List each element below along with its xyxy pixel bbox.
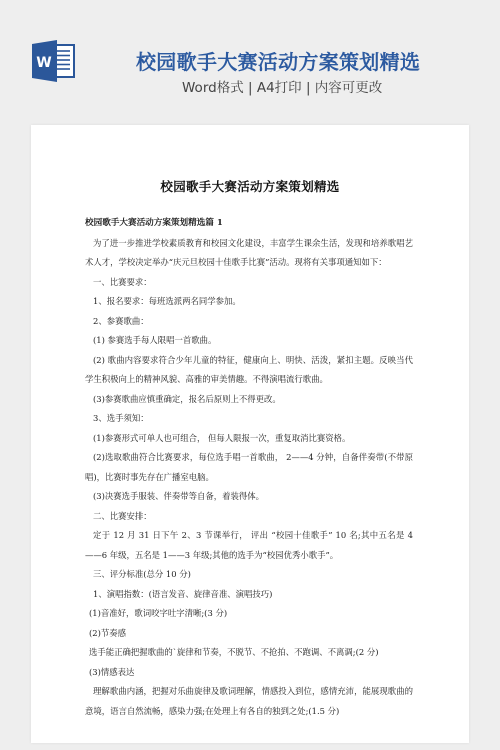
banner-subtitle: Word格式 | A4打印 | 内容可更改 xyxy=(182,76,382,96)
banner-title: 校园歌手大赛活动方案策划精选 xyxy=(136,46,420,75)
paragraph: 为了进一步推进学校素质教育和校园文化建设，丰富学生课余生活，发现和培养歌唱艺术人… xyxy=(85,234,413,273)
document-body: 校园歌手大赛活动方案策划精选篇 1 为了进一步推进学校素质教育和校园文化建设，丰… xyxy=(85,214,413,721)
paragraph: (1) 参赛选手每人限唱一首歌曲。 xyxy=(85,331,413,351)
paragraph: 理解歌曲内涵，把握对乐曲旋律及歌词理解，情感投入到位，感情充沛，能展现歌曲的意境… xyxy=(85,682,413,721)
paragraph: 三、评分标准(总分 10 分) xyxy=(85,565,413,585)
paragraph: 选手能正确把握歌曲的`旋律和节奏，不脱节、不抢拍、不跑调、不离调;(2 分) xyxy=(85,643,413,663)
svg-text:W: W xyxy=(36,55,51,71)
banner-header: W 校园歌手大赛活动方案策划精选 Word格式 | A4打印 | 内容可更改 xyxy=(0,0,500,120)
paragraph: 1、报名要求：每班选派两名同学参加。 xyxy=(85,292,413,312)
paragraph: (2)节奏感 xyxy=(85,624,413,644)
paragraph: (1)参赛形式可单人也可组合， 但每人限报一次，重复取消比赛资格。 xyxy=(85,429,413,449)
paragraph: (3)决赛选手服装、伴奏带等自备，着装得体。 xyxy=(85,487,413,507)
paragraph: (2) 歌曲内容要求符合少年儿童的特征，健康向上、明快、活泼，紧扣主题。反映当代… xyxy=(85,351,413,390)
paragraph: 2、参赛歌曲： xyxy=(85,312,413,332)
paragraph: (2)选取歌曲符合比赛要求，每位选手唱一首歌曲， 2——4 分钟，自备伴奏带(不… xyxy=(85,448,413,487)
paragraph: 二、比赛安排： xyxy=(85,507,413,527)
paragraph: (1)音准好，歌词咬字吐字清晰;(3 分) xyxy=(85,604,413,624)
paragraph: 1、演唱指数：(语言发音、旋律音准、演唱技巧) xyxy=(85,585,413,605)
word-document-icon: W xyxy=(31,40,77,82)
paragraph: (3)情感表达 xyxy=(85,663,413,683)
paragraph: 定于 12 月 31 日下午 2、3 节课举行， 评出 “校园十佳歌手” 10 … xyxy=(85,526,413,565)
section-heading: 校园歌手大赛活动方案策划精选篇 1 xyxy=(85,214,413,234)
paragraph: (3)参赛歌曲应慎重确定，报名后原则上不得更改。 xyxy=(85,390,413,410)
paragraph: 3、选手须知： xyxy=(85,409,413,429)
document-title: 校园歌手大赛活动方案策划精选 xyxy=(31,177,469,195)
document-page: 校园歌手大赛活动方案策划精选 校园歌手大赛活动方案策划精选篇 1 为了进一步推进… xyxy=(31,125,469,743)
paragraph: 一、比赛要求： xyxy=(85,273,413,293)
